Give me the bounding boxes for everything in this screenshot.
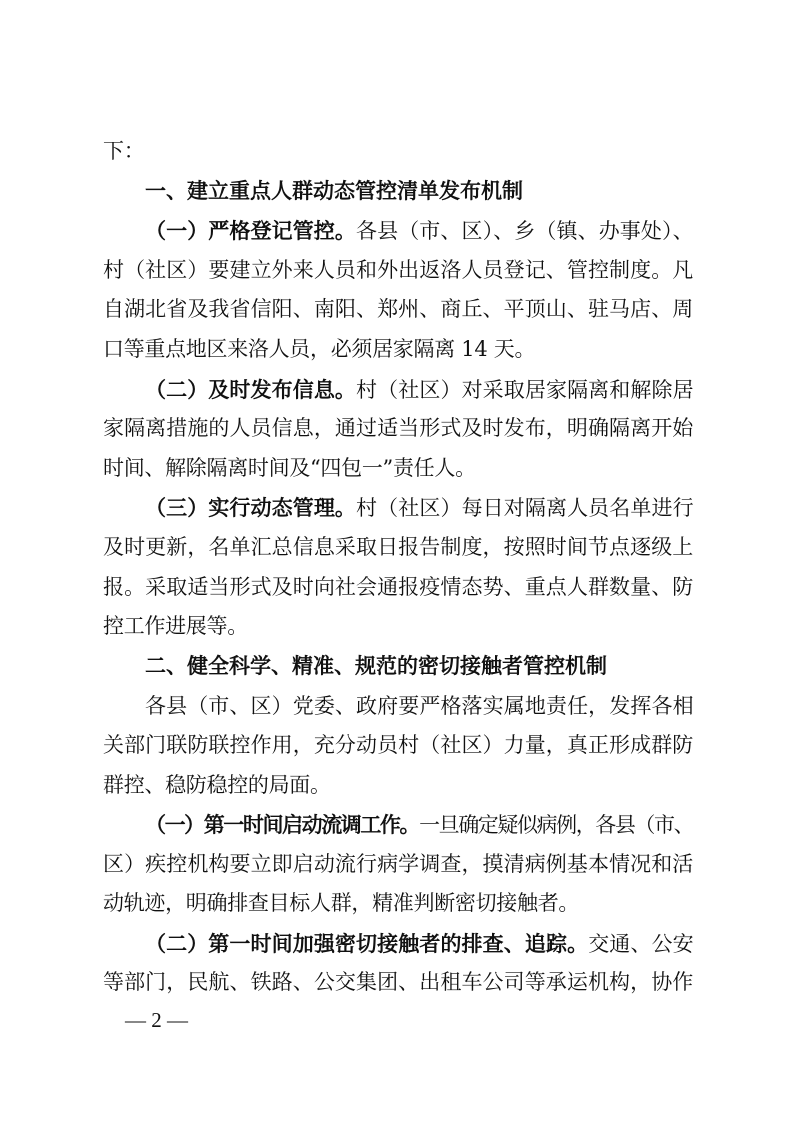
paragraph-line: 自湖北省及我省信阳、南阳、郑州、商丘、平顶山、驻马店、周: [103, 290, 693, 330]
paragraph-first-line: （一）第一时间启动流调工作。一旦确定疑似病例，各县（市、: [103, 805, 693, 845]
paragraph-line: 家隔离措施的人员信息，通过适当形式及时发布，明确隔离开始: [103, 409, 693, 449]
paragraph-first-line: （三）实行动态管理。村（社区）每日对隔离人员名单进行: [103, 488, 693, 528]
paragraph-line: 时间、解除隔离时间及“四包一”责任人。: [103, 449, 693, 489]
paragraph-first-line: 各县（市、区）党委、政府要严格落实属地责任，发挥各相: [103, 686, 693, 726]
paragraph-first-line: （二）及时发布信息。村（社区）对采取居家隔离和解除居: [103, 370, 693, 410]
paragraph-line: 村（社区）要建立外来人员和外出返洛人员登记、管控制度。凡: [103, 251, 693, 291]
page-number: — 2 —: [125, 1007, 188, 1033]
paragraph-line: 等部门，民航、铁路、公交集团、出租车公司等承运机构，协作: [103, 963, 693, 1003]
section-heading: 二、健全科学、精准、规范的密切接触者管控机制: [103, 647, 693, 687]
intro-line: 下：: [103, 132, 693, 172]
paragraph-text: 村（社区）对采取居家隔离和解除居: [356, 378, 693, 402]
paragraph-line: 区）疾控机构要立即启动流行病学调查，摸清病例基本情况和活: [103, 845, 693, 885]
paragraph-first-line: （一）严格登记管控。各县（市、区）、乡（镇、办事处）、: [103, 211, 693, 251]
paragraph-text: 各县（市、区）党委、政府要严格落实属地责任，发挥各相: [145, 694, 693, 718]
item-label: （二）及时发布信息。: [145, 377, 356, 402]
paragraph-first-line: （二）第一时间加强密切接触者的排查、追踪。交通、公安: [103, 924, 693, 964]
paragraph-line: 关部门联防联控作用，充分动员村（社区）力量，真正形成群防: [103, 726, 693, 766]
document-page: 下： 一、建立重点人群动态管控清单发布机制 （一）严格登记管控。各县（市、区）、…: [0, 0, 794, 1123]
item-label: （一）第一时间启动流调工作。: [145, 812, 419, 837]
paragraph-line: 口等重点地区来洛人员，必须居家隔离 14 天。: [103, 330, 693, 370]
item-label: （三）实行动态管理。: [145, 495, 356, 520]
paragraph-line: 及时更新，名单汇总信息采取日报告制度，按照时间节点逐级上: [103, 528, 693, 568]
item-label: （一）严格登记管控。: [145, 218, 356, 243]
paragraph-line: 群控、稳防稳控的局面。: [103, 766, 693, 806]
paragraph-text: 交通、公安: [588, 932, 693, 956]
document-body: 下： 一、建立重点人群动态管控清单发布机制 （一）严格登记管控。各县（市、区）、…: [103, 132, 693, 1003]
item-label: （二）第一时间加强密切接触者的排查、追踪。: [145, 931, 588, 956]
paragraph-text: 各县（市、区）、乡（镇、办事处）、: [356, 219, 693, 243]
paragraph-line: 报。采取适当形式及时向社会通报疫情态势、重点人群数量、防: [103, 568, 693, 608]
paragraph-line: 动轨迹，明确排查目标人群，精准判断密切接触者。: [103, 884, 693, 924]
paragraph-text: 一旦确定疑似病例，各县（市、: [419, 813, 693, 837]
paragraph-text: 村（社区）每日对隔离人员名单进行: [356, 496, 693, 520]
paragraph-line: 控工作进展等。: [103, 607, 693, 647]
section-heading: 一、建立重点人群动态管控清单发布机制: [103, 172, 693, 212]
